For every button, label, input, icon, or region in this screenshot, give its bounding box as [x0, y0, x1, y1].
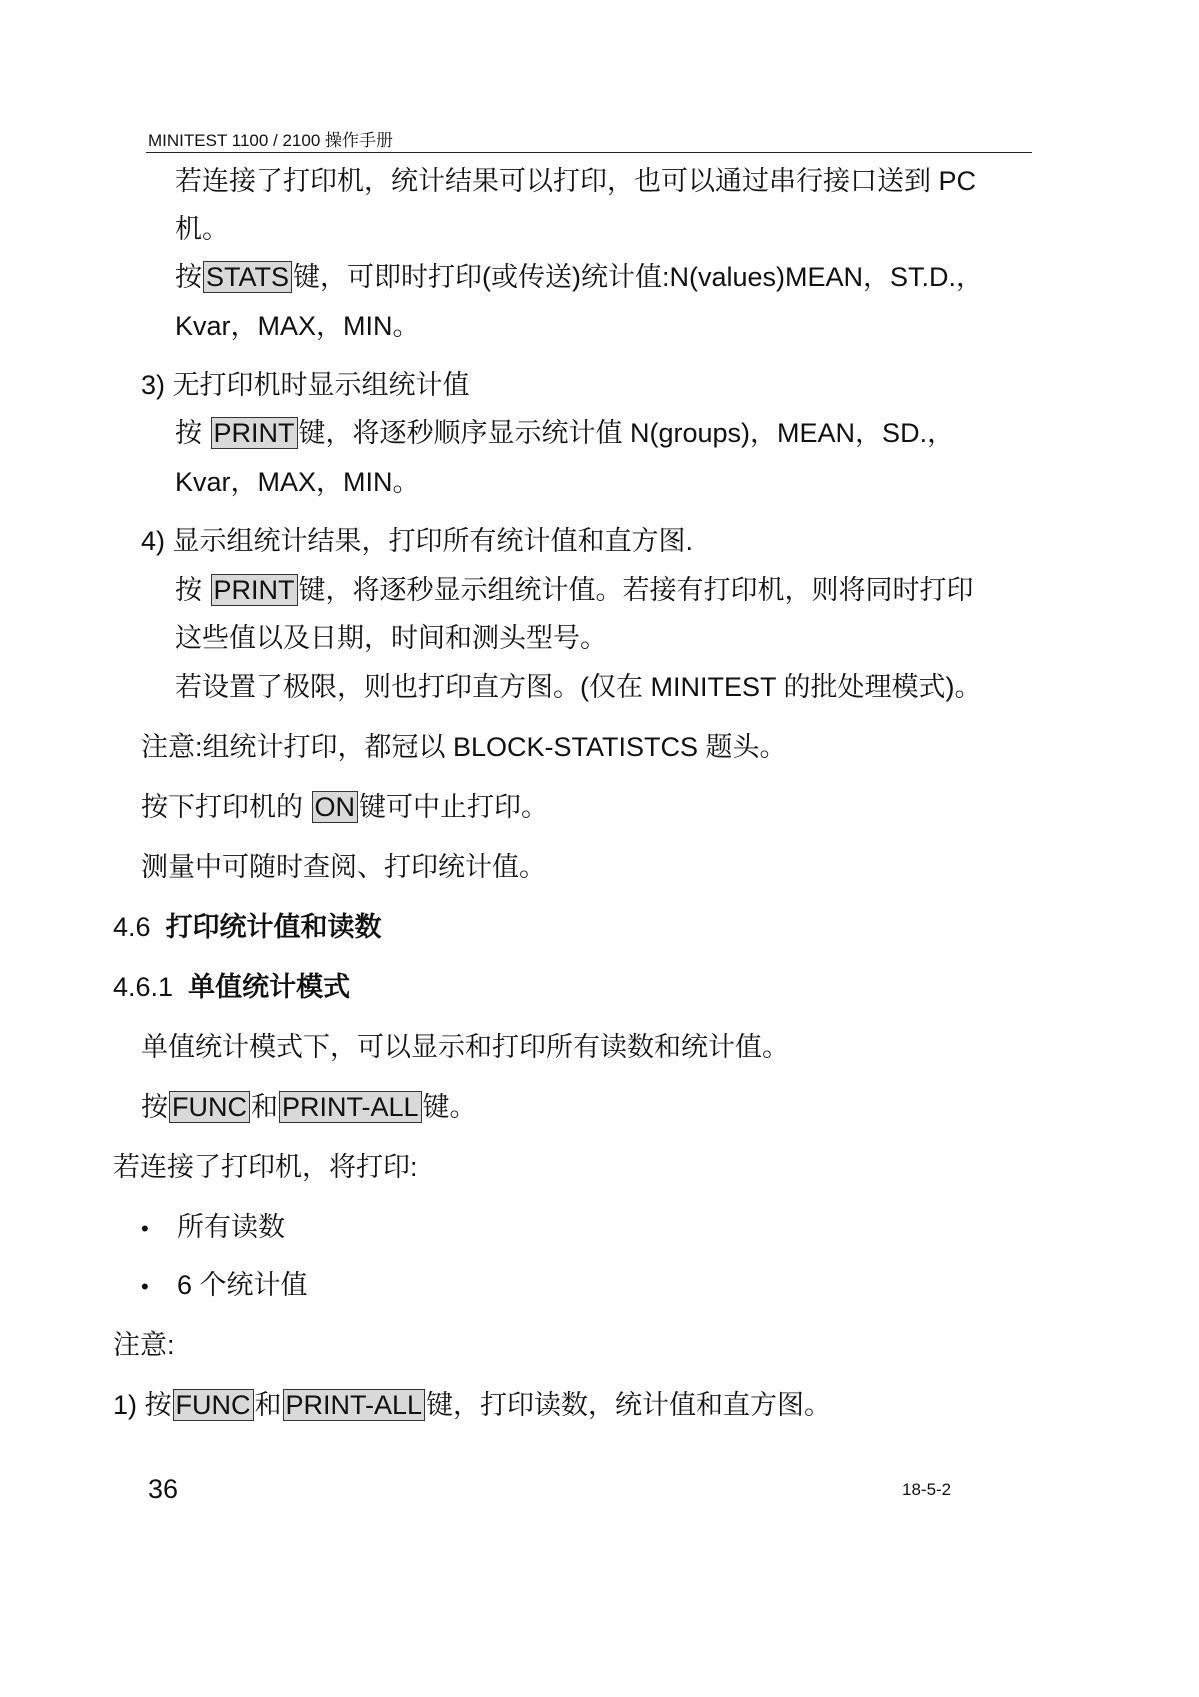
key-print-all: PRINT-ALL: [279, 1091, 422, 1123]
text-stop-print: 键可中止打印。: [359, 792, 548, 822]
paragraph-printer-connected-cont: 机。: [175, 212, 229, 246]
paragraph-single-mode-intro: 单值统计模式下，可以显示和打印所有读数和统计值。: [141, 1030, 789, 1064]
footer-date: 18-5-2: [902, 1480, 951, 1500]
paragraph-if-printer: 若连接了打印机，将打印:: [113, 1150, 418, 1184]
key-print: PRINT: [211, 417, 298, 449]
list-item-4-title: 4) 显示组统计结果，打印所有统计值和直方图.: [141, 524, 693, 558]
paragraph-anytime: 测量中可随时查阅、打印统计值。: [141, 850, 546, 884]
paragraph-stats-key: 按STATS键，可即时打印(或传送)统计值:N(values)MEAN，ST.D…: [175, 260, 983, 294]
text-print-desc: 键，将逐秒顺序显示统计值 N(groups)，MEAN，SD.，: [299, 418, 955, 448]
key-stats: STATS: [203, 261, 292, 293]
bullet-item: •6 个统计值: [141, 1268, 308, 1304]
text-note-desc: 键，打印读数，统计值和直方图。: [426, 1390, 831, 1420]
list-item-4-body: 按 PRINT 键，将逐秒显示组统计值。若接有打印机，则将同时打印: [175, 573, 974, 607]
paragraph-stats-cont: Kvar，MAX，MIN。: [175, 309, 420, 343]
text-and: 和: [255, 1390, 282, 1420]
section-number: 4.6: [113, 912, 151, 942]
text-press-printer: 按下打印机的: [141, 792, 311, 822]
key-func: FUNC: [169, 1091, 250, 1123]
note-label: 注意:: [113, 1328, 175, 1362]
note-number: 1) 按: [113, 1390, 172, 1420]
text-press: 按: [175, 262, 202, 292]
bullet-text: 所有读数: [177, 1212, 285, 1242]
section-title: 单值统计模式: [188, 972, 350, 1002]
paragraph-on-key: 按下打印机的 ON 键可中止打印。: [141, 790, 548, 824]
bullet-icon: •: [141, 1212, 177, 1246]
list-item-4-histogram: 若设置了极限，则也打印直方图。(仅在 MINITEST 的批处理模式)。: [175, 670, 982, 704]
note-block-statistics: 注意:组统计打印，都冠以 BLOCK-STATISTCS 题头。: [141, 730, 787, 764]
section-heading-4-6: 4.6 打印统计值和读数: [113, 910, 382, 944]
text-and: 和: [251, 1092, 278, 1122]
section-heading-4-6-1: 4.6.1 单值统计模式: [113, 970, 350, 1004]
section-title: 打印统计值和读数: [166, 912, 382, 942]
list-item-4-cont: 这些值以及日期，时间和测头型号。: [175, 621, 607, 655]
text-press: 按: [141, 1092, 168, 1122]
text-press: 按: [175, 575, 210, 605]
list-item-3-cont: Kvar，MAX，MIN。: [175, 465, 420, 499]
bullet-item: •所有读数: [141, 1210, 285, 1246]
list-item-3-title: 3) 无打印机时显示组统计值: [141, 368, 470, 402]
note-item-1: 1) 按FUNC 和PRINT-ALL 键，打印读数，统计值和直方图。: [113, 1388, 831, 1422]
text-print-desc: 键，将逐秒显示组统计值。若接有打印机，则将同时打印: [299, 575, 974, 605]
text-press: 按: [175, 418, 210, 448]
paragraph-printer-connected: 若连接了打印机，统计结果可以打印，也可以通过串行接口送到 PC: [175, 164, 976, 198]
section-number: 4.6.1: [113, 972, 173, 1002]
bullet-text: 6 个统计值: [177, 1270, 308, 1300]
text-stats-desc: 键，可即时打印(或传送)统计值:N(values)MEAN，ST.D.，: [293, 262, 983, 292]
paragraph-func-printall: 按FUNC 和PRINT-ALL 键。: [141, 1090, 477, 1124]
key-func: FUNC: [173, 1389, 254, 1421]
text-key-suffix: 键。: [423, 1092, 477, 1122]
bullet-icon: •: [141, 1270, 177, 1304]
list-item-3-body: 按 PRINT 键，将逐秒顺序显示统计值 N(groups)，MEAN，SD.，: [175, 416, 954, 450]
key-on: ON: [312, 791, 359, 823]
key-print: PRINT: [211, 574, 298, 606]
header-rule: [146, 152, 1032, 153]
key-print-all: PRINT-ALL: [283, 1389, 426, 1421]
running-header: MINITEST 1100 / 2100 操作手册: [148, 126, 393, 151]
page-number: 36: [148, 1474, 178, 1505]
